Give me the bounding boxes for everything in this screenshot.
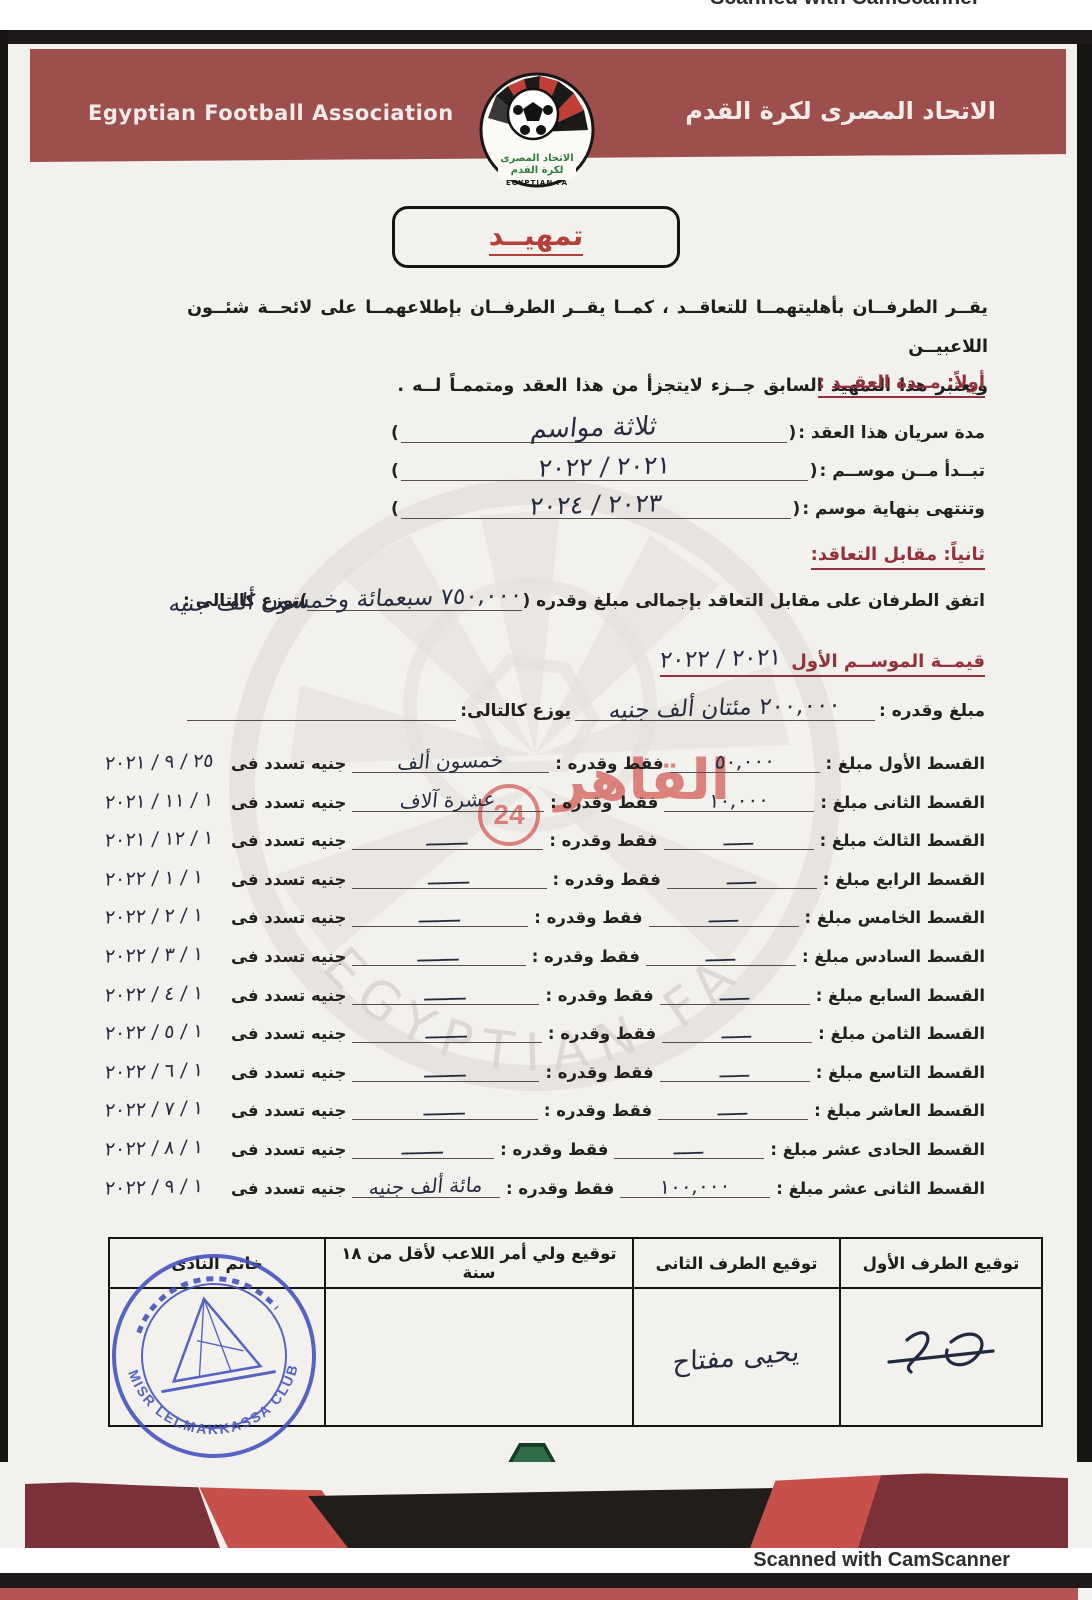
end-season-row: وتنتهى بنهاية موسم : ( ٢٠٢٣ / ٢٠٢٤ ) (389, 496, 985, 519)
scanned-contract-page: Scanned with CamScanner EGYPTIAN FA القا… (0, 0, 1092, 1600)
start-season-blank: ٢٠٢١ / ٢٠٢٢ (401, 458, 808, 481)
season1-amount-value: ٢٠٠,٠٠٠ مئتان ألف جنيه (573, 691, 876, 725)
camscanner-top-label: Scanned with CamScanner (710, 0, 980, 10)
bottom-black-divider (0, 1573, 1092, 1588)
section2-heading: ثانياً: مقابل التعاقد: (811, 544, 985, 570)
footer-band (0, 1462, 1092, 1548)
total-amount-value: ٧٥٠,٠٠٠ سبعمائة وخمسون ألف جنيه (306, 582, 524, 614)
logo-arabic-line1: الاتحاد المصرى (500, 153, 573, 164)
preamble-title: تمهيــد (489, 219, 584, 256)
season1-amount-blank: ٢٠٠,٠٠٠ مئتان ألف جنيه (575, 698, 875, 721)
end-season-blank: ٢٠٢٣ / ٢٠٢٤ (401, 496, 791, 519)
end-season-label: وتنتهى بنهاية موسم : (802, 499, 985, 519)
installment-row-10: القسط العاشر مبلغ : ـــــ فقط وقدره : ــ… (105, 1091, 985, 1120)
start-season-value: ٢٠٢١ / ٢٠٢٢ (399, 447, 810, 487)
season1-heading: قيمــة الموســم الأول (791, 651, 985, 672)
first-party-signature-cell (840, 1288, 1042, 1426)
total-amount-row: اتفق الطرفان على مقابل التعاقد بإجمالى م… (183, 588, 985, 611)
season1-amount-label: مبلغ وقدره : (879, 701, 985, 721)
club-stamp: MISR LELMAKKASSA CLUB (87, 1229, 342, 1484)
preamble-title-box: تمهيــد (392, 206, 680, 268)
logo-arabic-line2: لكرة القدم (511, 165, 564, 176)
total-amount-label: اتفق الطرفان على مقابل التعاقد بإجمالى م… (522, 591, 985, 611)
installment-row-12: القسط الثانى عشر مبلغ : ١٠٠,٠٠٠ فقط وقدر… (105, 1169, 985, 1198)
logo-english-text: EGYPTIAN FA (506, 179, 568, 187)
guardian-signature-header: توقيع ولي أمر اللاعب لأقل من ١٨ سنة (325, 1238, 633, 1288)
first-party-signature (881, 1320, 1001, 1390)
installment-row-11: القسط الحادى عشر مبلغ : ـــــ فقط وقدره … (105, 1130, 985, 1159)
installment-row-9: القسط التاسع مبلغ : ـــــ فقط وقدره : ــ… (105, 1053, 985, 1082)
season1-amount-row: مبلغ وقدره : ٢٠٠,٠٠٠ مئتان ألف جنيه يوزع… (183, 698, 985, 721)
second-party-signature: يحيى مفتاح (673, 1336, 800, 1378)
end-season-value: ٢٠٢٣ / ٢٠٢٤ (399, 485, 793, 524)
installment-row-1: القسط الأول مبلغ : ٥٠,٠٠٠ فقط وقدره : خم… (105, 744, 985, 773)
second-party-signature-header: توقيع الطرف الثانى (633, 1238, 840, 1288)
section1-heading: أولاً: مــدة العقــد : (818, 372, 985, 398)
installment-row-3: القسط الثالث مبلغ : ـــــ فقط وقدره : ــ… (105, 821, 985, 850)
installment-row-5: القسط الخامس مبلغ : ـــــ فقط وقدره : ــ… (105, 898, 985, 927)
association-name-ar: الاتحاد المصرى لكرة القدم (685, 97, 996, 125)
camscanner-bottom-strip: Scanned with CamScanner (0, 1548, 1092, 1573)
season1-heading-row: قيمــة الموســم الأول ٢٠٢١ / ٢٠٢٢ (660, 646, 985, 677)
season1-years: ٢٠٢١ / ٢٠٢٢ (659, 644, 783, 673)
season1-amount-blank2 (187, 698, 456, 721)
installment-row-4: القسط الرابع مبلغ : ـــــ فقط وقدره : ــ… (105, 860, 985, 889)
start-season-row: تبــدأ مــن موســم : ( ٢٠٢١ / ٢٠٢٢ ) (389, 458, 985, 481)
season1-distribute-label: يوزع كالتالى: (460, 701, 571, 721)
duration-row: مدة سريان هذا العقد : ( ثلاثة مواسم ) (389, 420, 985, 443)
installment-row-2: القسط الثانى مبلغ : ١٠,٠٠٠ فقط وقدره : ع… (105, 783, 985, 812)
efa-logo: الاتحاد المصرى لكرة القدم EGYPTIAN FA (478, 68, 596, 202)
association-name-en: Egyptian Football Association (88, 101, 454, 125)
scan-left-edge (0, 30, 8, 1573)
camscanner-bottom-label: Scanned with CamScanner (753, 1549, 1010, 1572)
installments-list: القسط الأول مبلغ : ٥٠,٠٠٠ فقط وقدره : خم… (105, 744, 985, 1207)
preamble-line1: يقــر الطرفــان بأهليتهمــا للتعاقــد ، … (176, 289, 988, 367)
installment-row-8: القسط الثامن مبلغ : ـــــ فقط وقدره : ــ… (105, 1014, 985, 1043)
guardian-signature-cell (325, 1288, 633, 1426)
duration-blank: ثلاثة مواسم (401, 420, 787, 443)
installment-row-6: القسط السادس مبلغ : ـــــ فقط وقدره : ــ… (105, 937, 985, 966)
total-amount-blank: ٧٥٠,٠٠٠ سبعمائة وخمسون ألف جنيه (307, 588, 522, 611)
first-party-signature-header: توقيع الطرف الأول (840, 1238, 1042, 1288)
second-party-signature-cell: يحيى مفتاح (633, 1288, 840, 1426)
duration-label: مدة سريان هذا العقد : (798, 423, 985, 443)
camscanner-top-strip: Scanned with CamScanner (0, 0, 1092, 30)
scan-right-edge (1077, 44, 1092, 1573)
duration-value: ثلاثة مواسم (399, 408, 789, 448)
top-black-divider (0, 30, 1092, 44)
start-season-label: تبــدأ مــن موســم : (820, 461, 985, 481)
next-page-red-band (0, 1588, 1092, 1600)
installment-row-7: القسط السابع مبلغ : ـــــ فقط وقدره : ــ… (105, 976, 985, 1005)
